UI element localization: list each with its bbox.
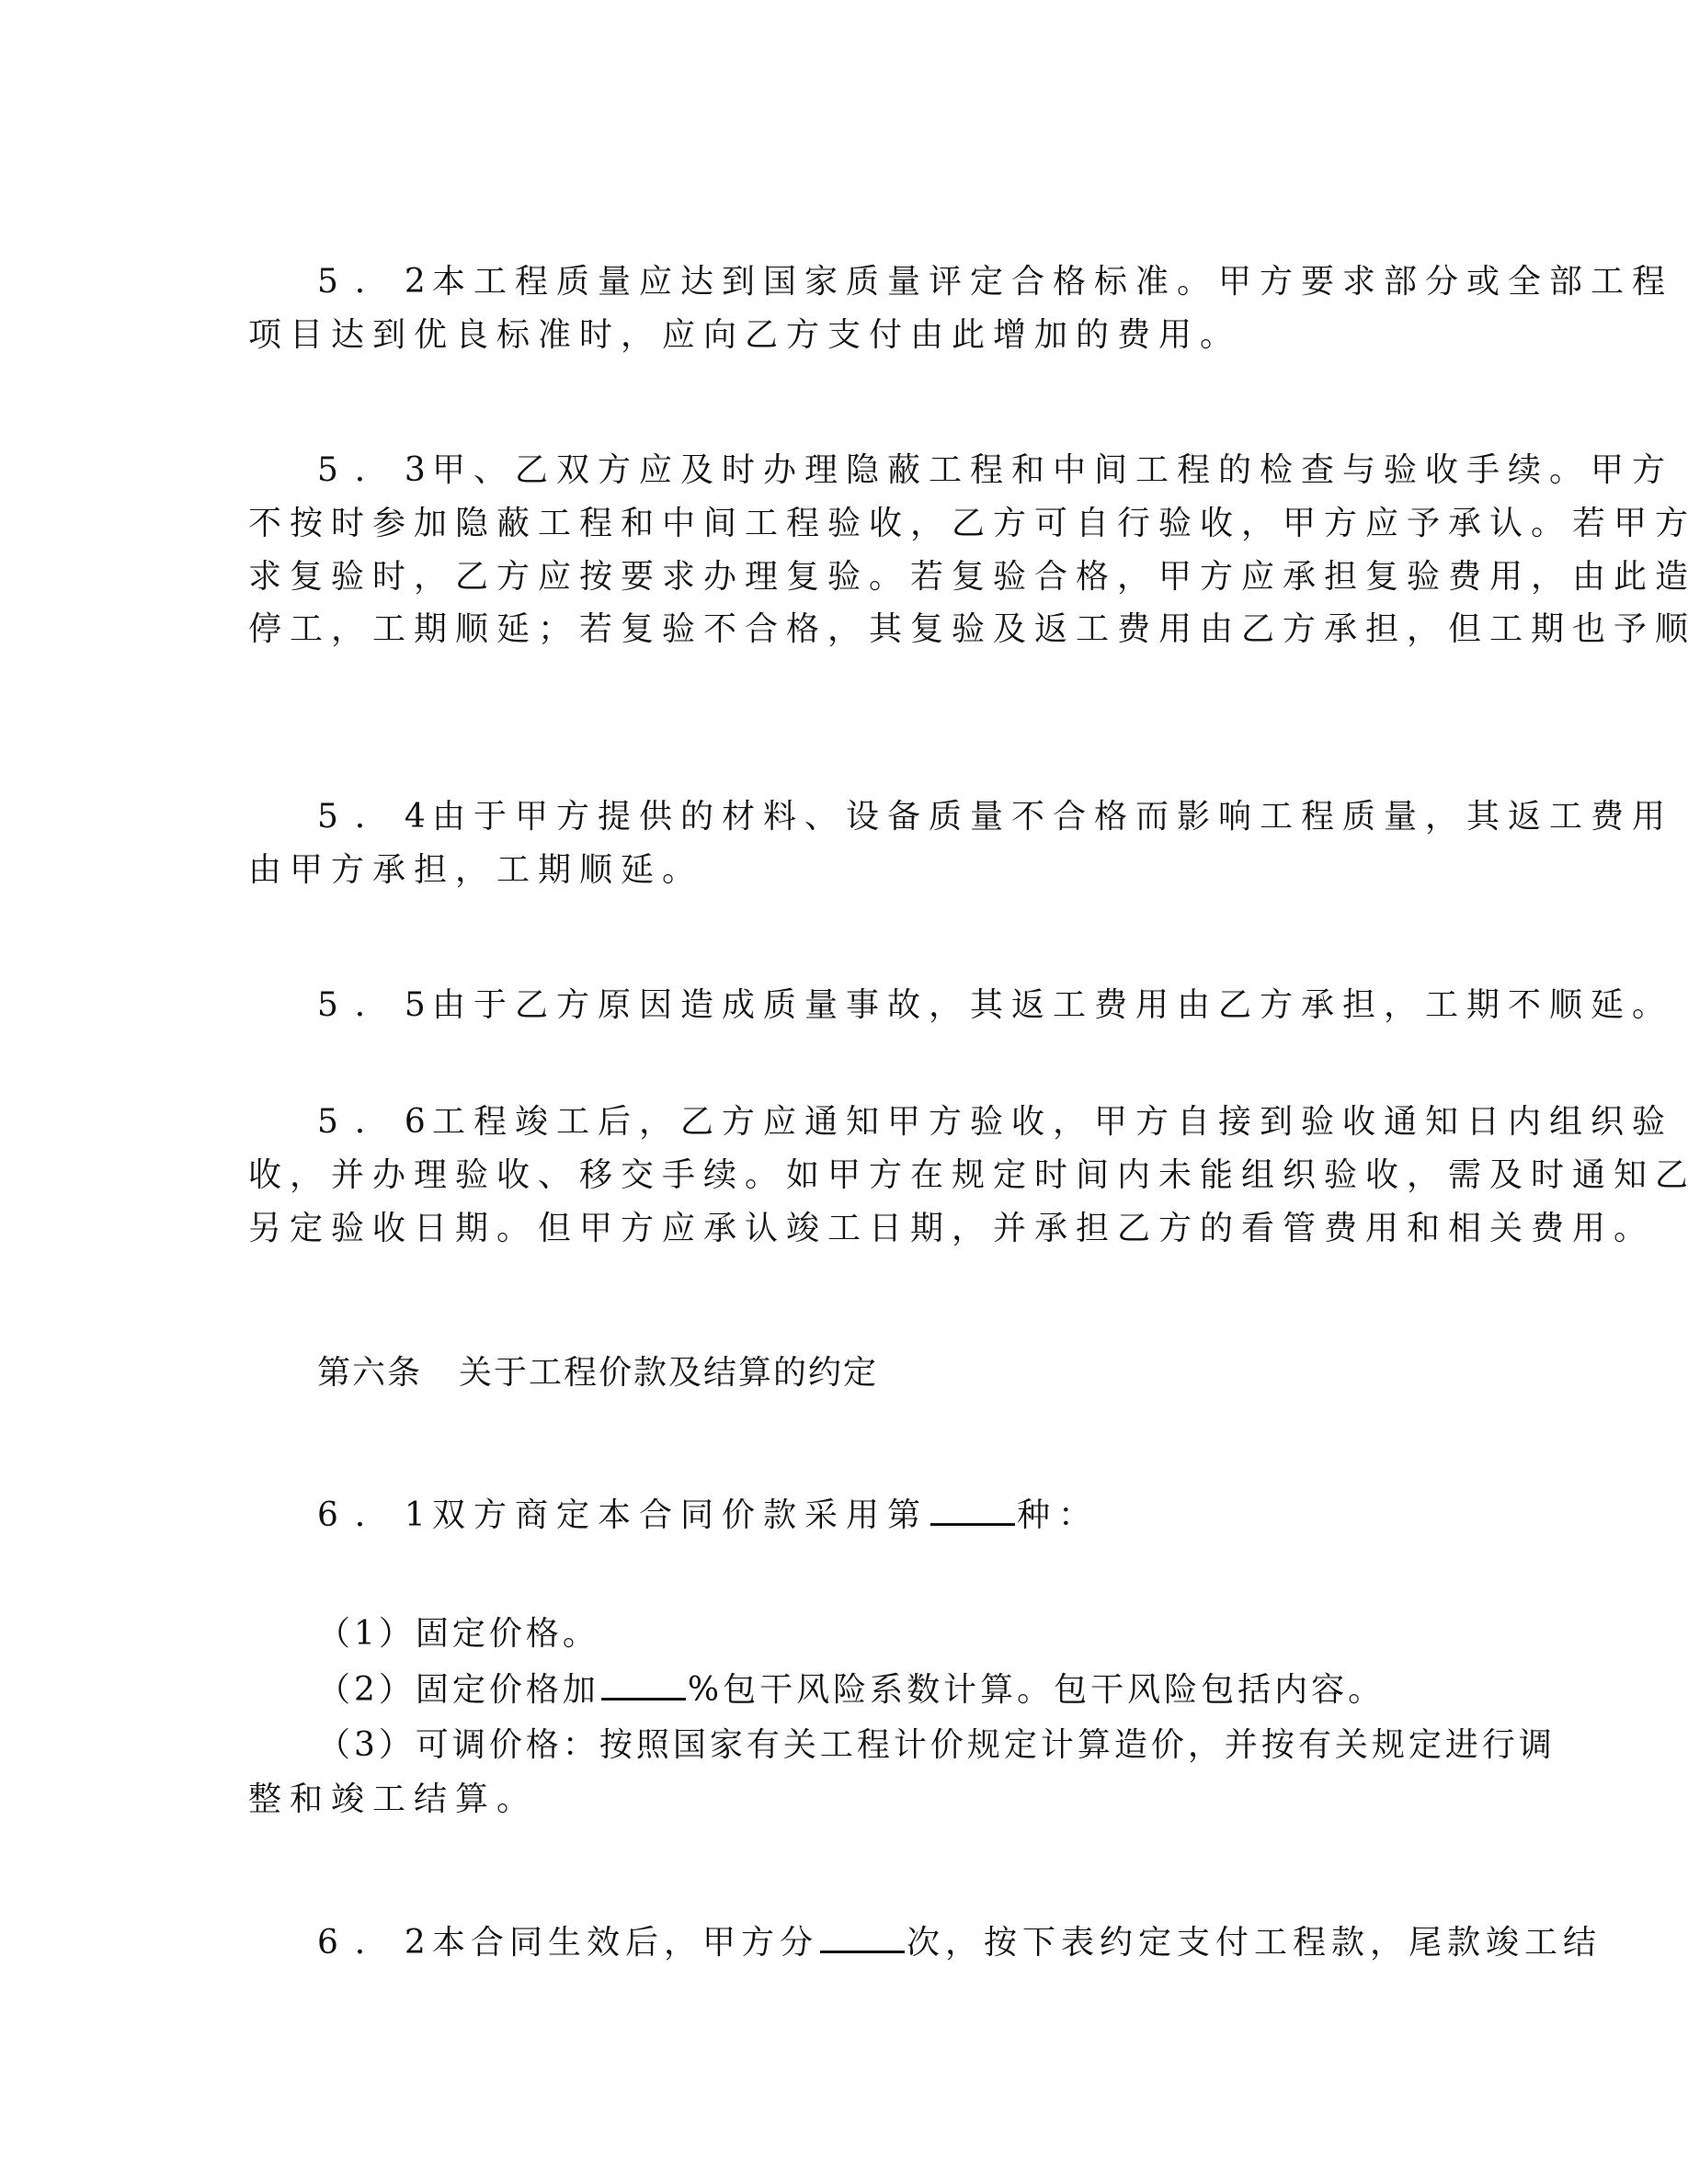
clause-6-2: 6．2本合同生效后，甲方分次，按下表约定支付工程款，尾款竣工结 [317,1922,1434,1964]
clause-5-4-line-1: 5．4由于甲方提供的材料、设备质量不合格而影响工程质量，其返工费用 [317,796,1434,838]
clause-text-after: 次，按下表约定支付工程款，尾款竣工结 [907,1924,1602,1962]
document-page: 5．2本工程质量应达到国家质量评定合格标准。甲方要求部分或全部工程 项目达到优良… [0,0,1688,2184]
clause-text: 由于甲方提供的材料、设备质量不合格而影响工程质量，其返工费用 [432,798,1673,836]
clause-5-2-line-1: 5．2本工程质量应达到国家质量评定合格标准。甲方要求部分或全部工程 [317,261,1434,303]
clause-5-2-line-2: 项目达到优良标准时，应向乙方支付由此增加的费用。 [248,314,1434,357]
option-3-line-1: （3）可调价格：按照国家有关工程计价规定计算造价，并按有关规定进行调 [317,1724,1434,1767]
clause-number: 6．1 [317,1495,432,1537]
clause-5-6-line-3: 另定验收日期。但甲方应承认竣工日期，并承担乙方的看管费用和相关费用。 [248,1208,1434,1250]
article-title: 关于工程价款及结算的约定 [459,1354,878,1392]
option-1: （1）固定价格。 [317,1613,1434,1655]
clause-number: 6．2 [317,1922,432,1964]
clause-5-3-line-3: 求复验时，乙方应按要求办理复验。若复验合格，甲方应承担复验费用，由此造成 [248,556,1434,598]
clause-6-1: 6．1双方商定本合同价款采用第种： [317,1495,1434,1537]
fill-in-blank [930,1496,1015,1526]
clause-5-5-line-1: 5．5由于乙方原因造成质量事故，其返工费用由乙方承担，工期不顺延。 [317,984,1434,1027]
clause-number: 5．5 [317,984,432,1027]
option-3-line-2: 整和竣工结算。 [248,1779,1434,1821]
clause-text: 甲、乙双方应及时办理隐蔽工程和中间工程的检查与验收手续。甲方 [432,451,1673,489]
clause-text-before: 本合同生效后，甲方分 [432,1924,818,1962]
option-2-text-after: %包干风险系数计算。包干风险包括内容。 [688,1671,1385,1709]
option-2: （2）固定价格加%包干风险系数计算。包干风险包括内容。 [317,1669,1434,1712]
clause-5-3-line-2: 不按时参加隐蔽工程和中间工程验收，乙方可自行验收，甲方应予承认。若甲方要 [248,503,1434,545]
clause-5-3-line-1: 5．3甲、乙双方应及时办理隐蔽工程和中间工程的检查与验收手续。甲方 [317,449,1434,492]
clause-5-3-line-4: 停工，工期顺延；若复验不合格，其复验及返工费用由乙方承担，但工期也予顺延。 [248,609,1434,651]
clause-5-6-line-1: 5．6工程竣工后，乙方应通知甲方验收，甲方自接到验收通知日内组织验 [317,1101,1434,1143]
clause-text-after: 种： [1017,1496,1100,1534]
clause-text: 由于乙方原因造成质量事故，其返工费用由乙方承担，工期不顺延。 [432,986,1673,1024]
article-6-heading: 第六条关于工程价款及结算的约定 [317,1352,1434,1394]
clause-text-before: 双方商定本合同价款采用第 [432,1496,929,1534]
clause-text: 本工程质量应达到国家质量评定合格标准。甲方要求部分或全部工程 [432,263,1673,301]
clause-number: 5．6 [317,1101,432,1143]
article-label: 第六条 [317,1354,422,1392]
clause-text: 工程竣工后，乙方应通知甲方验收，甲方自接到验收通知日内组织验 [432,1103,1673,1141]
clause-number: 5．4 [317,796,432,838]
clause-number: 5．3 [317,449,432,492]
fill-in-blank [820,1923,905,1953]
fill-in-blank [601,1670,686,1701]
clause-number: 5．2 [317,261,432,303]
clause-5-4-line-2: 由甲方承担，工期顺延。 [248,849,1434,892]
clause-5-6-line-2: 收，并办理验收、移交手续。如甲方在规定时间内未能组织验收，需及时通知乙方， [248,1155,1434,1197]
option-2-text-before: （2）固定价格加 [317,1671,599,1709]
